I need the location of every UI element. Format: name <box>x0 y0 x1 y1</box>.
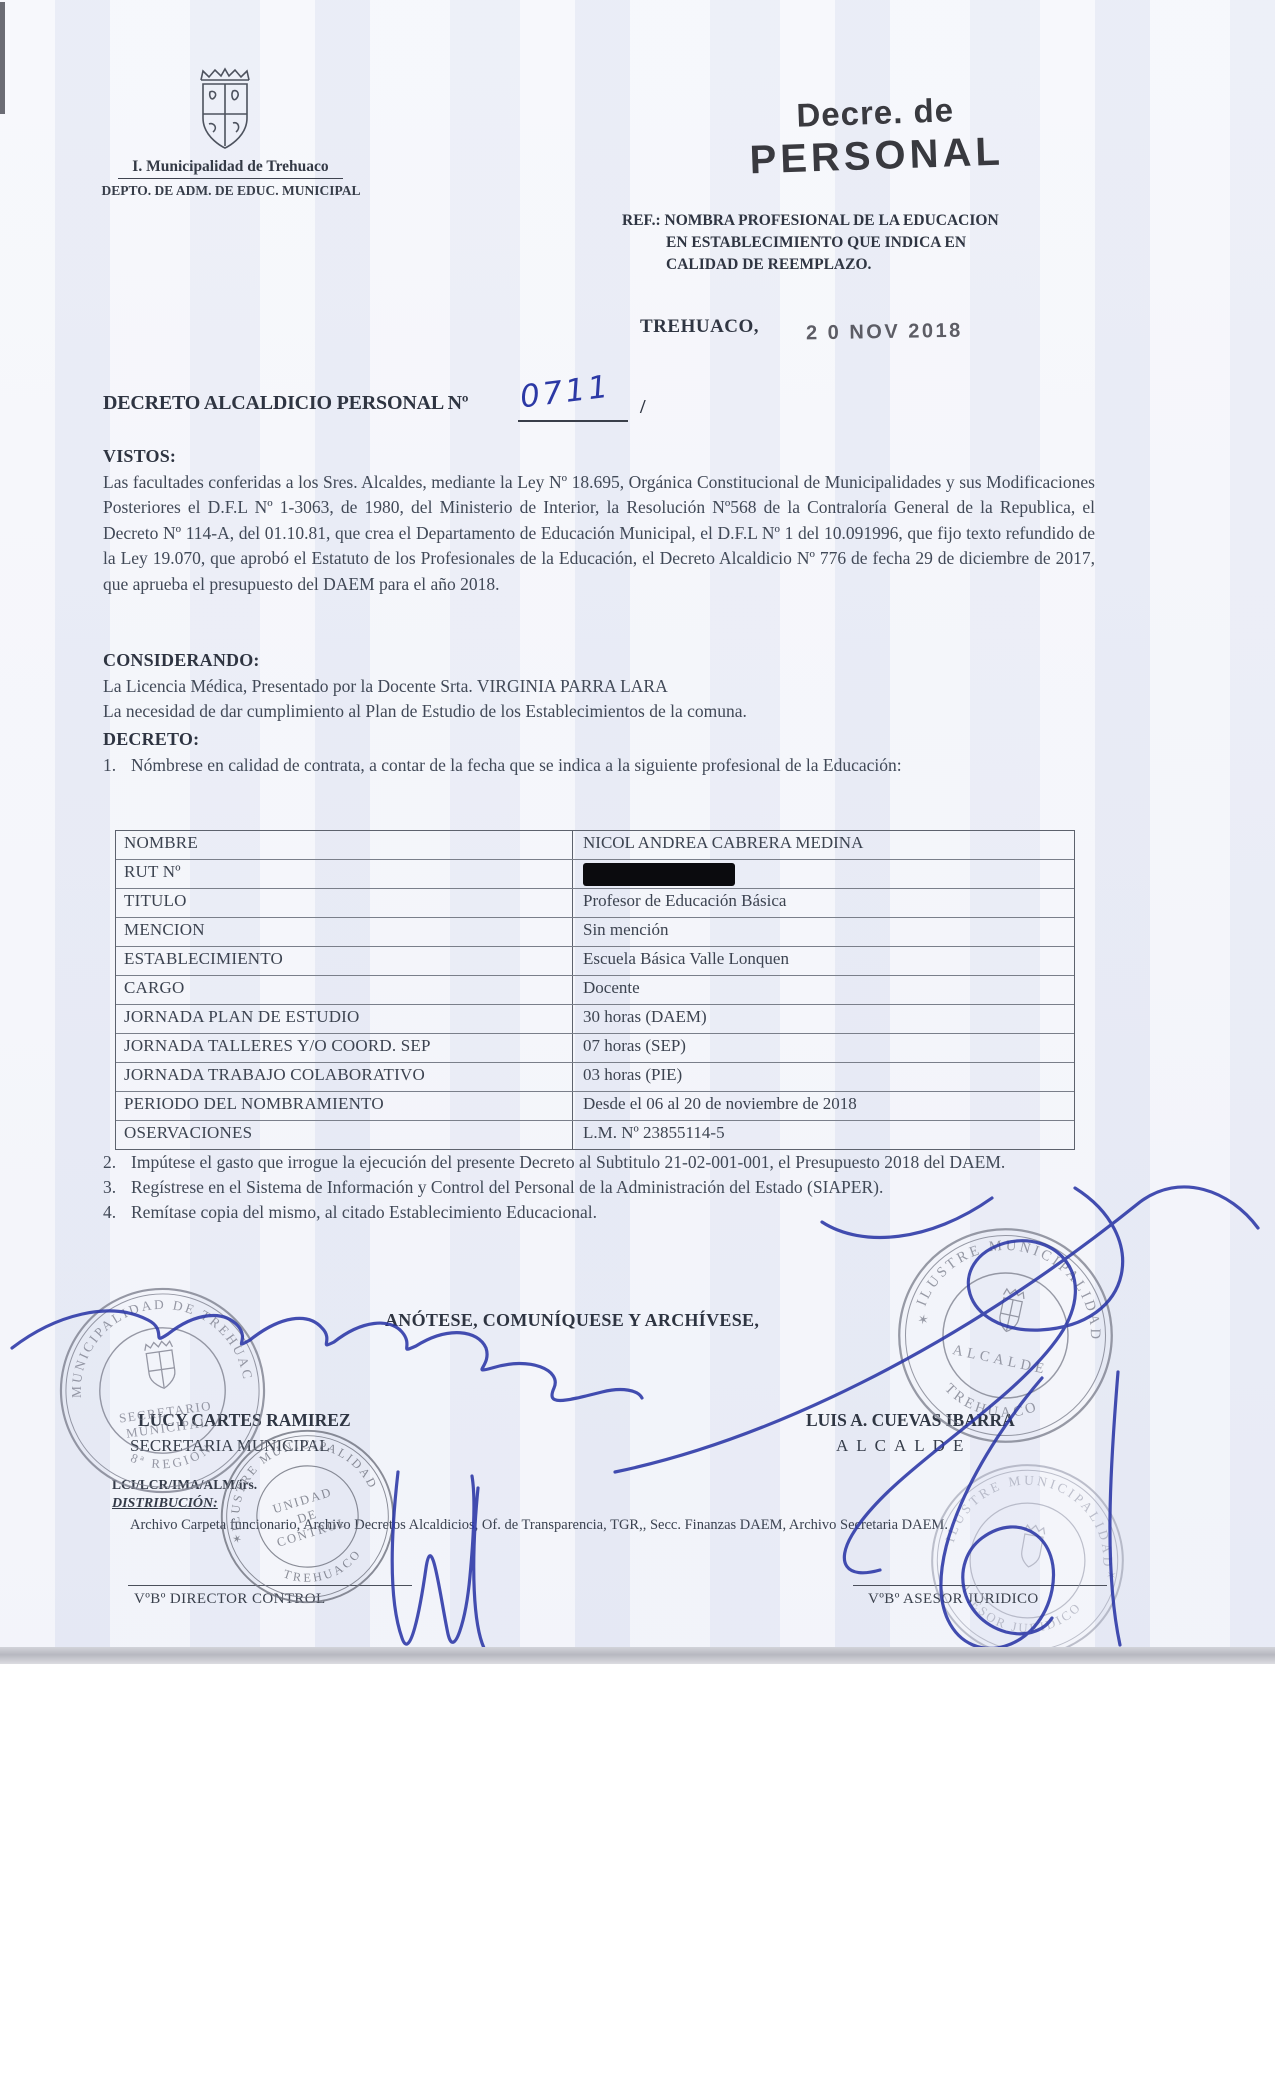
ref-line1: REF.: NOMBRA PROFESIONAL DE LA EDUCACION <box>622 210 1042 232</box>
row-value: 07 horas (SEP) <box>573 1034 1074 1062</box>
scanned-decree-page: I. Municipalidad de Trehuaco DEPTO. DE A… <box>0 0 1275 2100</box>
row-value: 03 horas (PIE) <box>573 1063 1074 1091</box>
table-row: RUT Nº <box>116 859 1074 888</box>
row-value: Profesor de Educación Básica <box>573 889 1074 917</box>
date-stamp: 2 0 NOV 2018 <box>806 320 963 346</box>
ref-line2: EN ESTABLECIMIENTO QUE INDICA EN <box>666 232 1042 254</box>
ink-signatures <box>0 1140 1275 1700</box>
decreto-heading: DECRETO: <box>103 729 199 750</box>
row-label: ESTABLECIMIENTO <box>116 947 573 975</box>
table-row: TITULOProfesor de Educación Básica <box>116 888 1074 917</box>
vistos-paragraph: Las facultades conferidas a los Sres. Al… <box>103 470 1095 597</box>
row-value: 30 horas (DAEM) <box>573 1005 1074 1033</box>
row-label: JORNADA TALLERES Y/O COORD. SEP <box>116 1034 573 1062</box>
table-row: JORNADA PLAN DE ESTUDIO30 horas (DAEM) <box>116 1004 1074 1033</box>
row-label: PERIODO DEL NOMBRAMIENTO <box>116 1092 573 1120</box>
row-label: NOMBRE <box>116 831 573 859</box>
row-label: JORNADA PLAN DE ESTUDIO <box>116 1005 573 1033</box>
decree-number-slash: / <box>640 396 646 419</box>
row-value <box>573 860 1074 888</box>
scan-edge-band <box>0 1647 1275 1664</box>
table-row: NOMBRENICOL ANDREA CABRERA MEDINA <box>116 831 1074 859</box>
alcalde-signature-diagonal <box>615 1187 1258 1472</box>
table-row: ESTABLECIMIENTOEscuela Básica Valle Lonq… <box>116 946 1074 975</box>
table-row: PERIODO DEL NOMBRAMIENTODesde el 06 al 2… <box>116 1091 1074 1120</box>
control-area-scribble <box>392 1472 484 1648</box>
considerando-line1: La Licencia Médica, Presentado por la Do… <box>103 676 668 697</box>
table-row: JORNADA TALLERES Y/O COORD. SEP07 horas … <box>116 1033 1074 1062</box>
item-text: Nómbrese en calidad de contrata, a conta… <box>131 753 1093 778</box>
appointment-table: NOMBRENICOL ANDREA CABRERA MEDINA RUT Nº… <box>115 830 1075 1150</box>
row-value: Sin mención <box>573 918 1074 946</box>
ref-label: REF.: <box>622 212 661 229</box>
asesor-area-signature <box>941 1378 1054 1648</box>
vistos-heading: VISTOS: <box>103 446 176 467</box>
row-label: JORNADA TRABAJO COLABORATIVO <box>116 1063 573 1091</box>
considerando-heading: CONSIDERANDO: <box>103 650 260 671</box>
table-row: CARGODocente <box>116 975 1074 1004</box>
org-dept: DEPTO. DE ADM. DE EDUC. MUNICIPAL <box>96 183 366 199</box>
alcalde-signature-curl <box>822 1198 992 1237</box>
secretaria-signature-stroke <box>12 1311 642 1401</box>
ref-block: REF.: NOMBRA PROFESIONAL DE LA EDUCACION… <box>622 210 1042 276</box>
table-row: MENCIONSin mención <box>116 917 1074 946</box>
item-number: 1. <box>103 753 131 778</box>
row-value: Docente <box>573 976 1074 1004</box>
row-label: MENCION <box>116 918 573 946</box>
decree-item-1: 1. Nómbrese en calidad de contrata, a co… <box>103 753 1103 778</box>
table-row: JORNADA TRABAJO COLABORATIVO03 horas (PI… <box>116 1062 1074 1091</box>
row-label: TITULO <box>116 889 573 917</box>
considerando-line2: La necesidad de dar cumplimiento al Plan… <box>103 701 747 722</box>
row-value: Desde el 06 al 20 de noviembre de 2018 <box>573 1092 1074 1120</box>
city-line: TREHUACO, <box>640 316 759 338</box>
personal-decree-stamp: Decre. de PERSONAL <box>725 89 1028 184</box>
row-label: CARGO <box>116 976 573 1004</box>
row-value: Escuela Básica Valle Lonquen <box>573 947 1074 975</box>
scan-edge-artifact <box>0 2 5 114</box>
redaction-bar <box>583 863 735 886</box>
municipal-coat-of-arms-icon <box>193 66 257 165</box>
asesor-area-vertical-stroke <box>1110 1372 1120 1645</box>
ref-line3: CALIDAD DE REEMPLAZO. <box>666 254 1042 276</box>
decree-number-label: DECRETO ALCALDICIO PERSONAL Nº <box>103 392 468 415</box>
row-value: NICOL ANDREA CABRERA MEDINA <box>573 831 1074 859</box>
org-title: I. Municipalidad de Trehuaco <box>118 158 343 179</box>
row-label: RUT Nº <box>116 860 573 888</box>
